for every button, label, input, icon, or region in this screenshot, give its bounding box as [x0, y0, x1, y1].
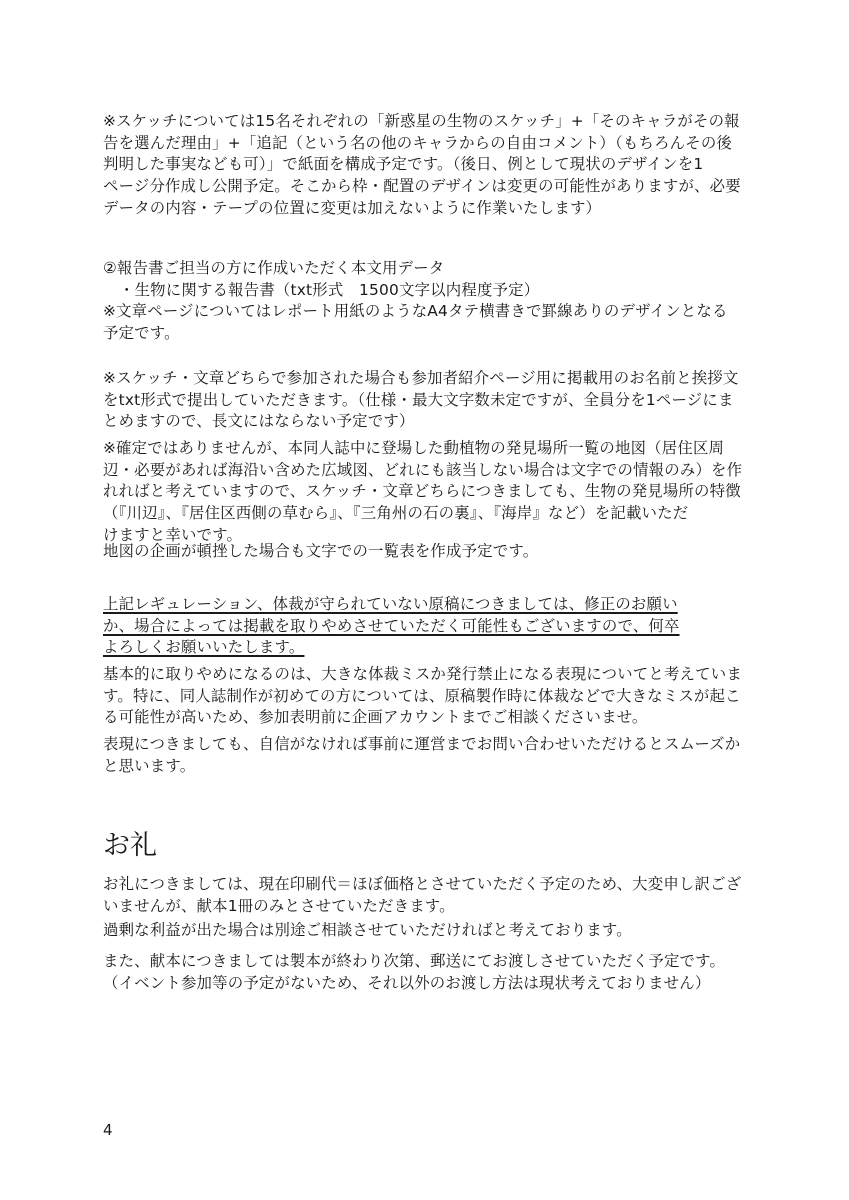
thanks-heading: お礼: [103, 828, 157, 864]
text-line: ※スケッチ・文章どちらで参加された場合も参加者紹介ページ用に掲載用のお名前と挨拶…: [103, 368, 748, 390]
sketch-note: ※スケッチについては15名それぞれの「新惑星の生物のスケッチ」+「そのキャラがそ…: [103, 111, 748, 220]
thanks-paragraph-1: お礼につきましては、現在印刷代＝ほぼ価格とさせていただく予定のため、大変申し訳ご…: [103, 874, 748, 917]
text-line: れればと考えていますので、スケッチ・文章どちらにつきましても、生物の発見場所の特…: [103, 481, 748, 503]
text-line: （イベント参加等の予定がないため、それ以外のお渡し方法は現状考えておりません）: [103, 973, 748, 995]
text-line: いませんが、献本1冊のみとさせていただきます。: [103, 896, 748, 918]
text-line: また、献本につきましては製本が終わり次第、郵送にてお渡しさせていただく予定です。: [103, 951, 748, 973]
expression-note: 表現につきましても、自信がなければ事前に運営までお問い合わせいただけるとスムーズ…: [103, 734, 748, 777]
text-line: す。特に、同人誌制作が初めての方については、原稿製作時に体裁などで大きなミスが起…: [103, 686, 748, 708]
text-line: 判明した事実なども可）」で紙面を構成予定です。（後日、例として現状のデザインを1: [103, 154, 748, 176]
text-line: 表現につきましても、自信がなければ事前に運営までお問い合わせいただけるとスムーズ…: [103, 734, 748, 756]
thanks-paragraph-3: また、献本につきましては製本が終わり次第、郵送にてお渡しさせていただく予定です。…: [103, 951, 748, 994]
text-line: をtxt形式で提出していただきます。（仕様・最大文字数未定ですが、全員分を1ペー…: [103, 390, 748, 412]
thanks-paragraph-2: 過剰な利益が出た場合は別途ご相談させていただければと考えております。: [103, 920, 748, 942]
text-line: ※スケッチについては15名それぞれの「新惑星の生物のスケッチ」+「そのキャラがそ…: [103, 111, 748, 133]
report-section: ②報告書ご担当の方に作成いただく本文用データ ・生物に関する報告書（txt形式 …: [103, 258, 748, 345]
text-line: 上記レギュレーション、体裁が守られていない原稿につきましては、修正のお願い: [103, 594, 748, 616]
page-number: 4: [103, 1120, 113, 1140]
intro-note: ※スケッチ・文章どちらで参加された場合も参加者紹介ページ用に掲載用のお名前と挨拶…: [103, 368, 748, 433]
text-line: よろしくお願いいたします。: [103, 637, 748, 659]
map-fallback-note: 地図の企画が頓挫した場合も文字での一覧表を作成予定です。: [103, 541, 748, 563]
text-line: 告を選んだ理由」+「追記（という名の他のキャラからの自由コメント）（もちろんその…: [103, 133, 748, 155]
map-note: ※確定ではありませんが、本同人誌中に登場した動植物の発見場所一覧の地図（居住区周…: [103, 438, 748, 547]
text-line: ※文章ページについてはレポート用紙のようなA4タテ横書きで罫線ありのデザインとな…: [103, 301, 748, 323]
text-line: 辺・必要があれば海沿い含めた広域図、どれにも該当しない場合は文字での情報のみ）を…: [103, 460, 748, 482]
text-line: ページ分作成し公開予定。そこから枠・配置のデザインは変更の可能性がありますが、必…: [103, 176, 748, 198]
text-line: 予定です。: [103, 323, 748, 345]
text-line: お礼につきましては、現在印刷代＝ほぼ価格とさせていただく予定のため、大変申し訳ご…: [103, 874, 748, 896]
text-line: 地図の企画が頓挫した場合も文字での一覧表を作成予定です。: [103, 541, 748, 563]
text-line: 基本的に取りやめになるのは、大きな体裁ミスか発行禁止になる表現についてと考えてい…: [103, 664, 748, 686]
document-page: ※スケッチについては15名それぞれの「新惑星の生物のスケッチ」+「そのキャラがそ…: [0, 0, 849, 1200]
report-item: ・生物に関する報告書（txt形式 1500文字以内程度予定）: [103, 280, 748, 302]
text-line: ※確定ではありませんが、本同人誌中に登場した動植物の発見場所一覧の地図（居住区周: [103, 438, 748, 460]
rejection-note: 基本的に取りやめになるのは、大きな体裁ミスか発行禁止になる表現についてと考えてい…: [103, 664, 748, 729]
report-section-title: ②報告書ご担当の方に作成いただく本文用データ: [103, 258, 748, 280]
text-line: （『川辺』、『居住区西側の草むら』、『三角州の石の裏』、『海岸』など）を記載いた…: [103, 503, 748, 525]
text-line: とめますので、長文にはならない予定です）: [103, 411, 748, 433]
text-line: 過剰な利益が出た場合は別途ご相談させていただければと考えております。: [103, 920, 748, 942]
text-line: る可能性が高いため、参加表明前に企画アカウントまでご相談くださいませ。: [103, 707, 748, 729]
regulation-warning: 上記レギュレーション、体裁が守られていない原稿につきましては、修正のお願い か、…: [103, 594, 748, 659]
text-line: データの内容・テープの位置に変更は加えないように作業いたします）: [103, 198, 748, 220]
text-line: と思います。: [103, 756, 748, 778]
text-line: か、場合によっては掲載を取りやめさせていただく可能性もございますので、何卒: [103, 616, 748, 638]
